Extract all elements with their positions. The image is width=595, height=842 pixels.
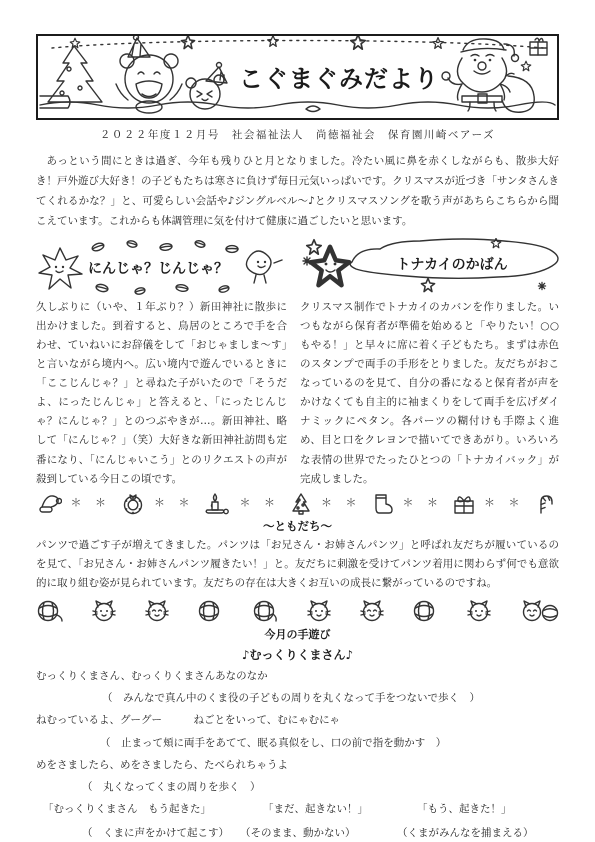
cat-face-icon [466, 599, 492, 623]
lyric-line: めをさましたら、めをさましたら、たべられちゃうよ [36, 754, 559, 776]
tonakai-article-body: クリスマス制作でトナカイのカバンを作りました。いつもながら保育者が準備を始めると… [300, 298, 559, 489]
gift-icon [452, 492, 476, 516]
star-separator: ＊ ＊ [403, 494, 444, 514]
tonakai-article-title: トナカイのかばん [396, 256, 507, 273]
cat-face-icon [306, 599, 332, 623]
finale-action: （くまがみんなを捕まえる） [397, 825, 534, 840]
yarn-ball-icon [196, 598, 224, 624]
tonakai-header-illustration: トナカイのかばん [300, 238, 559, 296]
star-separator: ＊ ＊ [240, 494, 281, 514]
article-ninja: にんじゃ？じんじゃ？ 久しぶりに（いや、１年ぶり？）新田神社に散歩に出かけました… [36, 238, 287, 489]
asterisk-spark-icon [538, 282, 545, 289]
star-separator: ＊ ＊ [321, 494, 362, 514]
star-separator: ＊ ＊ [154, 494, 195, 514]
article-tonakai: トナカイのかばん クリスマス制作でトナカイのカバンを作りました。いつもながら保育… [300, 238, 559, 489]
christmas-tree-icon [48, 38, 102, 102]
finale-action: （ くまに声をかけて起こす） [82, 825, 229, 840]
candy-cane-icon [533, 492, 557, 516]
newsletter-title: こぐまぐみだより [239, 65, 439, 93]
finale-actions-row: （ くまに声をかけて起こす） （そのまま、動かない） （くまがみんなを捕まえる） [36, 822, 559, 842]
lyric-line: むっくりくまさん、むっくりくまさんあなのなか [36, 665, 559, 687]
cat-face-icon [359, 599, 385, 623]
shooting-star-icon [307, 239, 349, 284]
snow-blob [306, 106, 320, 112]
yarn-ball-icon [36, 598, 64, 624]
star-separator: ＊ ＊ [484, 494, 525, 514]
yarn-ball-icon [411, 598, 439, 624]
header-illustration: こぐまぐみだより [38, 36, 557, 114]
small-leaf-icon [226, 245, 238, 252]
small-leaf-icon [218, 284, 229, 293]
ninja-article-title: にんじゃ？じんじゃ？ [88, 261, 228, 277]
boot-icon [370, 492, 394, 516]
small-star-icon [521, 61, 531, 71]
lyric-line: ねむっているよ、グーグー ねごとをいって、むにゃむにゃ [36, 709, 559, 731]
leaf-character-icon [246, 251, 282, 283]
small-leaf-icon [176, 283, 189, 291]
small-star-icon [421, 278, 434, 291]
cat-face-icon [91, 599, 117, 623]
finale-call: 「むっくりくまさん もう起きた」 [43, 801, 211, 816]
intro-paragraph: あっという間にときは過ぎ、今年も残りひと月となりました。冷たい風に鼻を赤くしなが… [36, 151, 559, 232]
handplay-section-title: 今月の手遊び [36, 626, 559, 642]
friends-section-body: パンツで過ごす子が増えてきました。パンツは「お兄さん・お姉さんパンツ」と呼ばれ友… [36, 536, 559, 593]
tree-icon [289, 492, 313, 516]
action-line: （ みんなで真ん中のくま役の子どもの周りを丸くなって手をつないで歩く ） [36, 687, 559, 709]
finale-calls-row: 「むっくりくまさん もう起きた」 「まだ、起きない！」 「もう、起きた！」 [36, 798, 559, 822]
header-banner: こぐまぐみだより [36, 34, 559, 120]
yarn-cats-divider [36, 598, 559, 624]
wreath-icon [120, 492, 146, 516]
friends-section-title: ～ともだち～ [36, 518, 559, 534]
yarn-ball-icon [251, 598, 279, 624]
garland-star-icon [181, 36, 194, 49]
candle-icon [203, 492, 231, 516]
small-leaf-icon [194, 239, 205, 248]
star-separator: ＊ ＊ [71, 494, 112, 514]
garland-star-icon [351, 36, 365, 49]
small-leaf-icon [126, 239, 137, 247]
small-leaf-icon [91, 241, 105, 251]
handplay-song-title: ♪むっくりくまさん♪ [36, 646, 559, 663]
ninja-header-illustration: にんじゃ？じんじゃ？ [36, 238, 286, 296]
ninja-article-body: 久しぶりに（いや、１年ぶり？）新田神社に散歩に出かけました。到着すると、鳥居のと… [36, 298, 287, 489]
newsletter-page: こぐまぐみだより ２０２２年度１２月号 社会福祉法人 尚徳福祉会 保育園川崎ベア… [0, 0, 595, 842]
finale-call: 「まだ、起きない！」 [263, 801, 368, 816]
small-leaf-icon [160, 243, 173, 251]
action-line: （ 止まって頬に両手をあてて、眠る真似をし、口の前で指を動かす ） [36, 732, 559, 754]
garland-star-icon [268, 36, 279, 46]
issue-line: ２０２２年度１２月号 社会福祉法人 尚徳福祉会 保育園川崎ベアーズ [36, 127, 559, 142]
gift-box-icon [530, 38, 547, 55]
cat-face-icon [144, 599, 170, 623]
small-leaf-icon [95, 283, 108, 293]
christmas-divider: ＊ ＊ ＊ ＊ ＊ ＊ ＊ ＊ ＊ ＊ ＊ ＊ [38, 492, 557, 516]
finale-call: 「もう、起きた！」 [417, 801, 512, 816]
finale-action: （そのまま、動かない） [240, 825, 356, 840]
small-leaf-icon [134, 287, 145, 295]
big-leaf-icon [39, 248, 82, 289]
article-columns: にんじゃ？じんじゃ？ 久しぶりに（いや、１年ぶり？）新田神社に散歩に出かけました… [36, 238, 559, 489]
asterisk-spark-icon [303, 257, 311, 265]
cat-with-yarn-icon [519, 598, 559, 624]
santa-hat-icon [38, 492, 62, 516]
big-bear-icon [116, 36, 182, 113]
action-line: （ 丸くなってくまの周りを歩く ） [36, 776, 559, 798]
